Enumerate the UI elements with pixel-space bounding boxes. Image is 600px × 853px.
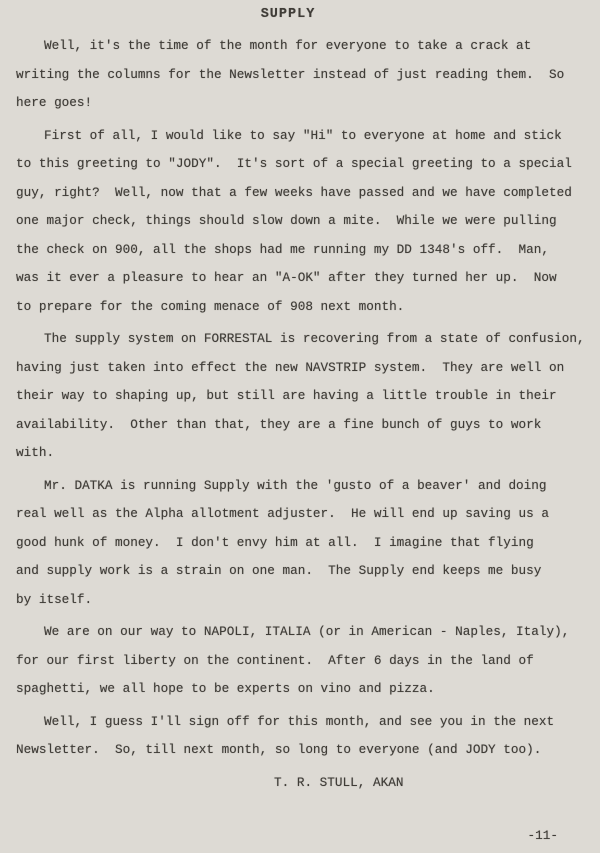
text-line: by itself. [16, 586, 600, 615]
text-line: to this greeting to "JODY". It's sort of… [16, 150, 600, 179]
text-line: one major check, things should slow down… [16, 207, 600, 236]
text-line: the check on 900, all the shops had me r… [16, 236, 600, 265]
paragraph: The supply system on FORRESTAL is recove… [16, 325, 600, 468]
text-line: Mr. DATKA is running Supply with the 'gu… [16, 472, 600, 501]
text-line: writing the columns for the Newsletter i… [16, 61, 600, 90]
page-title: SUPPLY [16, 6, 560, 24]
text-line: The supply system on FORRESTAL is recove… [16, 325, 600, 354]
text-line: and supply work is a strain on one man. … [16, 557, 600, 586]
text-line: here goes! [16, 89, 600, 118]
paragraph: Well, it's the time of the month for eve… [16, 32, 600, 118]
text-line: Well, it's the time of the month for eve… [16, 32, 600, 61]
document-page: SUPPLY Well, it's the time of the month … [0, 0, 600, 853]
text-line: to prepare for the coming menace of 908 … [16, 293, 600, 322]
text-line: Well, I guess I'll sign off for this mon… [16, 708, 600, 737]
text-line: having just taken into effect the new NA… [16, 354, 600, 383]
text-line: good hunk of money. I don't envy him at … [16, 529, 600, 558]
signature: T. R. STULL, AKAN [274, 769, 600, 798]
text-line: guy, right? Well, now that a few weeks h… [16, 179, 600, 208]
paragraph: Well, I guess I'll sign off for this mon… [16, 708, 600, 765]
paragraph: Mr. DATKA is running Supply with the 'gu… [16, 472, 600, 615]
document-body: Well, it's the time of the month for eve… [16, 32, 600, 765]
text-line: First of all, I would like to say "Hi" t… [16, 122, 600, 151]
paragraph: First of all, I would like to say "Hi" t… [16, 122, 600, 322]
text-line: for our first liberty on the continent. … [16, 647, 600, 676]
text-line: with. [16, 439, 600, 468]
text-line: spaghetti, we all hope to be experts on … [16, 675, 600, 704]
paragraph: We are on our way to NAPOLI, ITALIA (or … [16, 618, 600, 704]
text-line: availability. Other than that, they are … [16, 411, 600, 440]
page-number: -11- [528, 828, 558, 843]
text-line: was it ever a pleasure to hear an "A-OK"… [16, 264, 600, 293]
text-line: real well as the Alpha allotment adjuste… [16, 500, 600, 529]
text-line: We are on our way to NAPOLI, ITALIA (or … [16, 618, 600, 647]
text-line: Newsletter. So, till next month, so long… [16, 736, 600, 765]
text-line: their way to shaping up, but still are h… [16, 382, 600, 411]
